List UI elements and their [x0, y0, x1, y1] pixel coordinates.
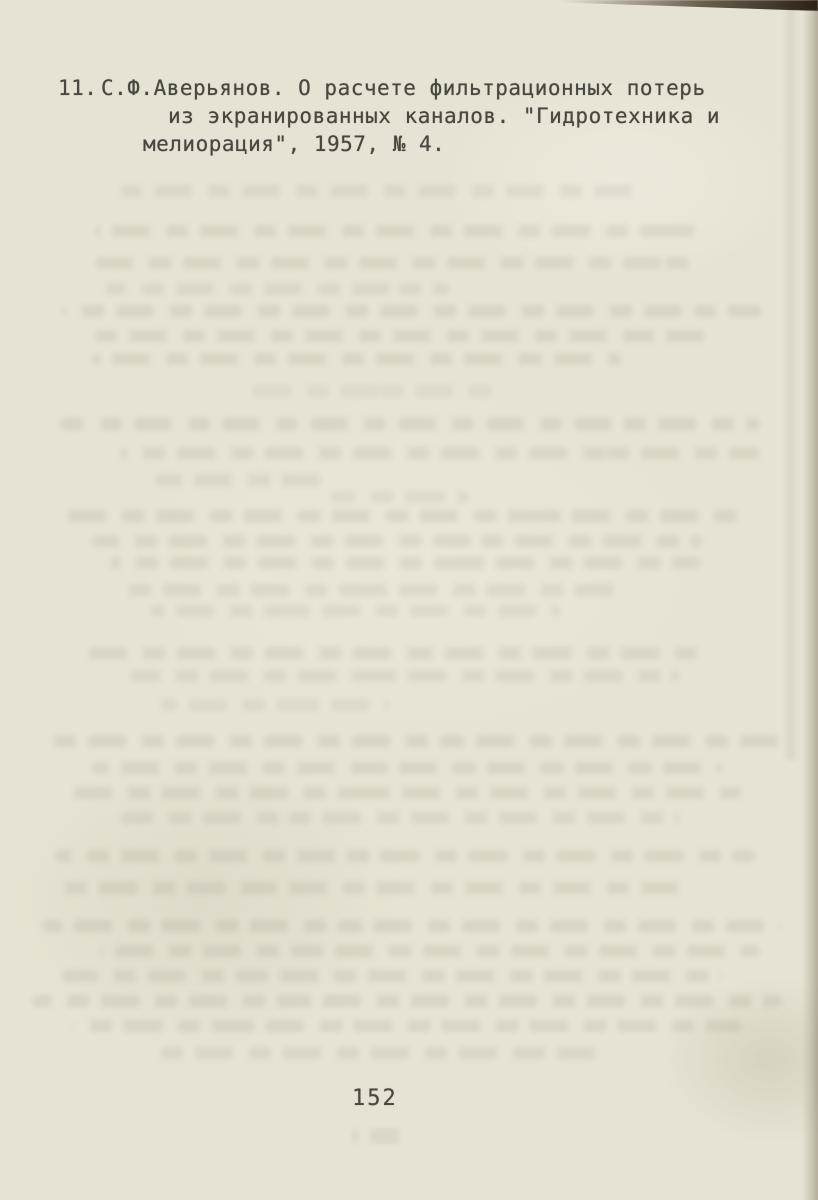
bleed-through-line	[150, 605, 560, 617]
bleed-through-line	[100, 945, 760, 957]
entry-line-2: из экранированных каналов. "Гидротехника…	[168, 104, 720, 128]
entry-line-1: С.Ф.Аверьянов. О расчете фильтрационных …	[101, 76, 706, 100]
bleed-through-line	[120, 584, 620, 596]
bleed-through-line	[150, 474, 330, 486]
bleed-through-line	[62, 787, 742, 799]
bleed-through-line	[92, 762, 722, 774]
bleed-through-line	[352, 1128, 400, 1144]
photo-background-edge	[560, 0, 818, 11]
bleed-through-line	[105, 283, 450, 295]
paper-texture	[0, 0, 818, 1200]
paper-crease	[784, 0, 798, 760]
bleed-through-line	[92, 535, 702, 547]
bleed-through-line	[62, 510, 742, 522]
bleed-through-line	[42, 920, 782, 932]
bleed-through-line	[80, 647, 700, 659]
bleed-through-line	[42, 735, 782, 747]
bleed-through-line	[72, 1020, 742, 1032]
bleed-through-line	[250, 385, 500, 397]
scanned-page: 11. С.Ф.Аверьянов. О расчете фильтрацион…	[0, 0, 818, 1200]
bleed-through-line	[95, 257, 700, 269]
bleed-through-line	[110, 557, 700, 569]
bleed-through-line	[120, 447, 760, 459]
bleed-through-line	[55, 850, 755, 862]
bleed-through-line	[92, 353, 622, 365]
bleed-through-layer	[0, 0, 818, 1200]
bleed-through-line	[130, 670, 680, 682]
bleed-through-line	[62, 970, 722, 982]
page-number: 152	[352, 1086, 398, 1111]
bleed-through-line	[150, 1047, 600, 1059]
bleed-through-line	[60, 418, 760, 430]
entry-number: 11.	[58, 76, 97, 100]
page-edge-shadow	[802, 0, 818, 1200]
bleed-through-line	[50, 882, 680, 894]
bleed-through-line	[95, 225, 695, 237]
bleed-through-line	[32, 995, 782, 1007]
bleed-through-line	[120, 185, 640, 197]
bleed-through-line	[330, 491, 470, 503]
bleed-through-line	[92, 330, 717, 342]
bleed-through-line	[62, 305, 762, 317]
bleed-through-line	[120, 812, 680, 824]
bleed-through-line	[160, 699, 390, 711]
entry-line-3: мелиорация", 1957, № 4.	[143, 132, 445, 156]
